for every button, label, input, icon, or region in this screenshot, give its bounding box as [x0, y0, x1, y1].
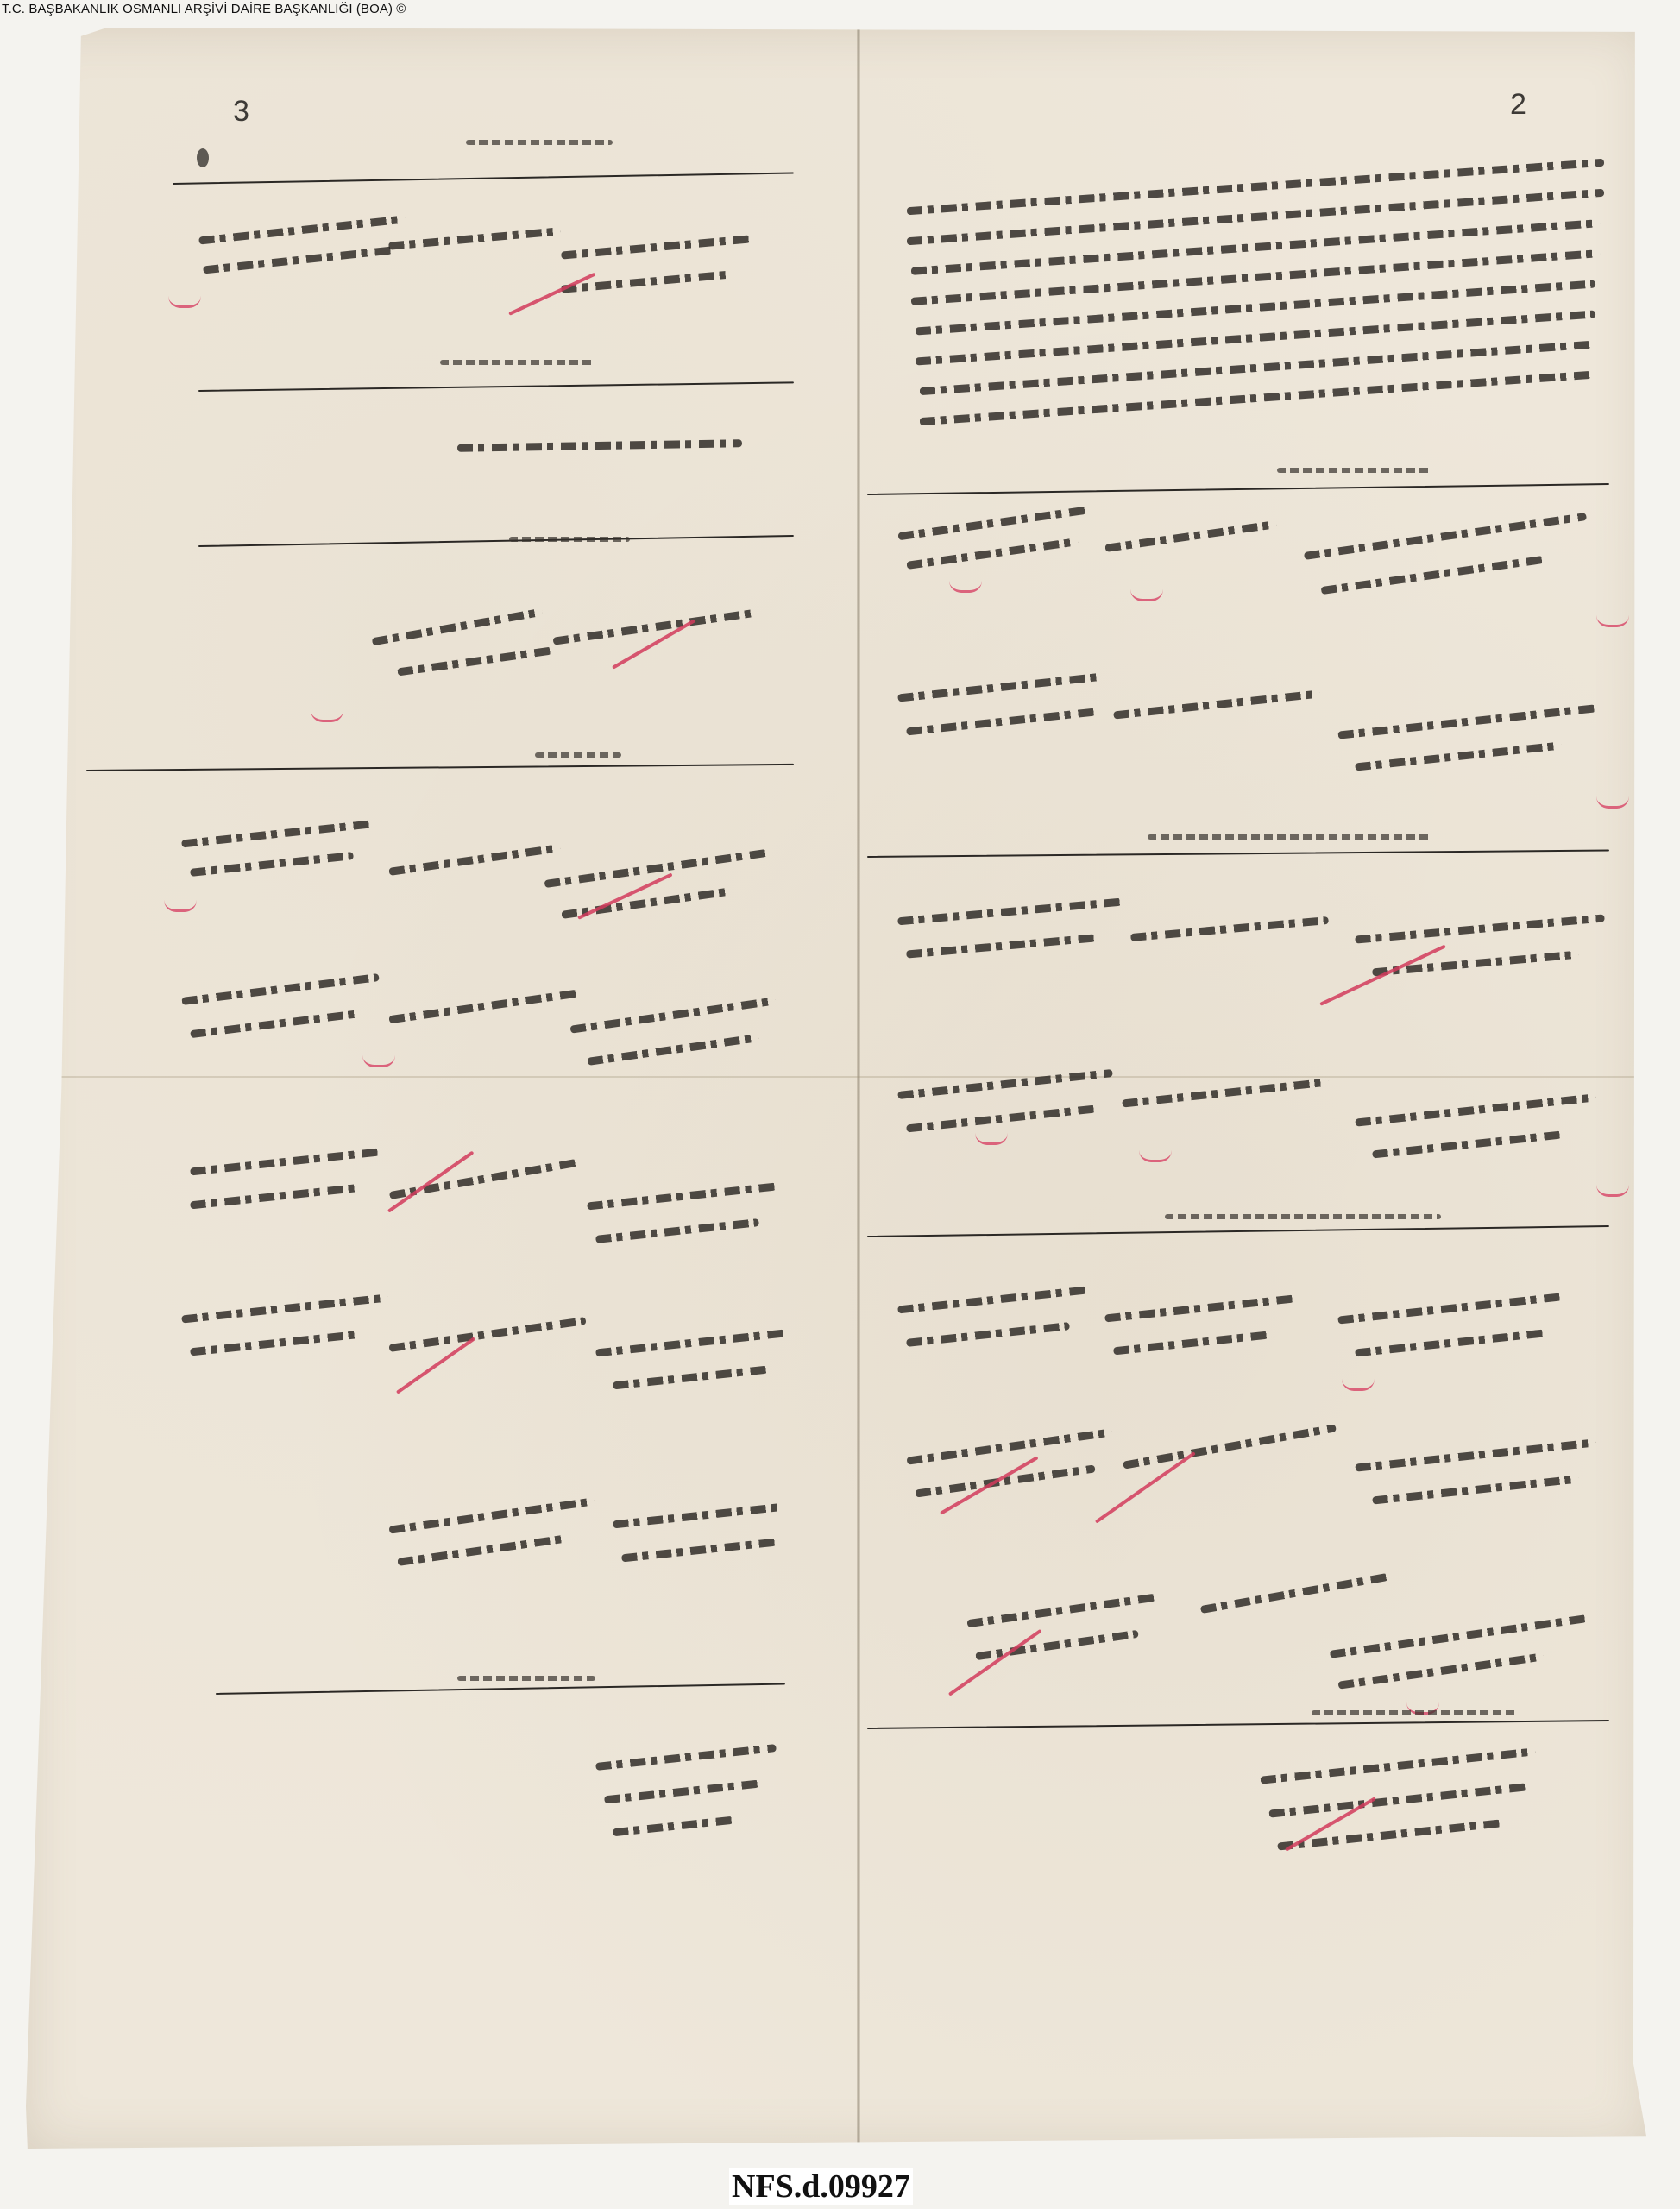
handwritten-entry: [1113, 689, 1320, 719]
handwritten-entry: [897, 1287, 1087, 1314]
handwritten-entry: [1104, 520, 1276, 552]
handwritten-entry: [916, 310, 1596, 365]
handwritten-entry: [1355, 1438, 1595, 1471]
handwritten-entry: [621, 1539, 777, 1563]
handwritten-entry: [181, 1293, 388, 1323]
red-annotation: [1342, 1378, 1375, 1391]
handwritten-entry: [595, 1744, 777, 1771]
handwritten-entry: [561, 270, 733, 293]
section-divider: [867, 483, 1609, 495]
section-heading: [1148, 834, 1432, 840]
handwritten-entry: [907, 159, 1605, 215]
handwritten-entry: [1372, 1131, 1562, 1159]
handwritten-entry: [1130, 916, 1329, 941]
handwritten-entry: [190, 1010, 362, 1038]
red-annotation: [1596, 796, 1629, 809]
red-annotation: [311, 709, 343, 722]
handwritten-entry: [190, 852, 354, 877]
handwritten-entry: [613, 1503, 785, 1529]
handwritten-entry: [1123, 1424, 1337, 1469]
handwritten-entry: [911, 219, 1601, 275]
handwritten-entry: [915, 1464, 1095, 1497]
red-annotation: [1596, 614, 1629, 627]
section-heading: [440, 360, 595, 365]
handwritten-entry: [1122, 1078, 1329, 1107]
handwritten-entry: [1104, 1295, 1294, 1323]
handwritten-entry: [372, 608, 544, 646]
horizontal-fold: [26, 1076, 1646, 1078]
red-strike-mark: [1319, 945, 1446, 1006]
handwritten-entry: [190, 1184, 362, 1210]
handwritten-entry: [613, 1816, 733, 1837]
section-divider: [198, 381, 794, 392]
red-annotation: [168, 295, 201, 308]
red-annotation: [1596, 1184, 1629, 1197]
section-divider: [867, 849, 1609, 858]
folio-number-left: 3: [233, 95, 249, 129]
red-annotation: [949, 580, 982, 593]
handwritten-entry: [966, 1594, 1155, 1628]
handwritten-entry: [388, 990, 577, 1024]
center-fold: [857, 28, 860, 2149]
handwritten-entry: [1338, 1652, 1545, 1689]
red-strike-mark: [508, 273, 595, 316]
red-annotation: [362, 1054, 395, 1067]
red-annotation: [1139, 1149, 1172, 1162]
section-heading: [1312, 1710, 1519, 1715]
handwritten-entry: [1113, 1331, 1268, 1356]
handwritten-entry: [906, 1105, 1096, 1133]
handwritten-entry: [897, 672, 1104, 702]
red-annotation: [975, 1132, 1008, 1145]
handwritten-entry: [397, 1534, 569, 1566]
handwritten-entry: [907, 1428, 1113, 1464]
handwritten-entry: [897, 1069, 1113, 1099]
handwritten-entry: [920, 341, 1592, 395]
handwritten-entry: [916, 280, 1596, 335]
handwritten-entry: [897, 507, 1086, 541]
section-divider: [867, 1225, 1609, 1237]
section-divider: [86, 764, 794, 771]
archive-copyright-header: T.C. BAŞBAKANLIK OSMANLI ARŞİVİ DAİRE BA…: [2, 2, 406, 16]
handwritten-entry: [389, 1159, 577, 1199]
section-heading: [457, 1676, 595, 1681]
red-strike-mark: [948, 1629, 1042, 1696]
red-annotation: [1130, 588, 1163, 601]
handwritten-entry: [906, 708, 1096, 736]
handwritten-entry: [389, 1497, 595, 1533]
handwritten-entry: [397, 647, 552, 677]
handwritten-entry: [570, 997, 777, 1033]
handwritten-entry: [181, 973, 379, 1005]
handwritten-entry: [190, 1331, 362, 1356]
section-divider: [867, 1720, 1609, 1729]
handwritten-entry: [911, 249, 1601, 305]
section-heading: [1165, 1214, 1441, 1219]
handwritten-entry: [1355, 1330, 1545, 1357]
handwritten-entry: [1355, 1093, 1595, 1126]
handwritten-entry: [388, 844, 560, 876]
section-divider: [198, 535, 794, 547]
handwritten-entry: [198, 215, 406, 244]
handwritten-entry: [1200, 1573, 1388, 1614]
handwritten-entry: [1330, 1614, 1587, 1658]
handwritten-entry: [1260, 1747, 1535, 1784]
handwritten-entry: [1355, 914, 1605, 943]
handwritten-entry: [907, 189, 1605, 245]
section-divider: [216, 1683, 785, 1695]
handwritten-entry: [1268, 1783, 1526, 1817]
ink-blot: [197, 148, 209, 167]
handwritten-entry: [587, 1034, 758, 1066]
handwritten-entry: [1337, 1293, 1562, 1324]
handwritten-entry: [1304, 513, 1587, 560]
handwritten-entry: [613, 1366, 768, 1390]
handwritten-entry: [203, 247, 393, 274]
handwritten-entry: [388, 1317, 586, 1352]
handwritten-entry: [561, 235, 751, 259]
handwritten-entry: [181, 821, 371, 848]
handwritten-entry: [906, 538, 1078, 570]
red-annotation: [164, 899, 197, 912]
section-heading: [535, 752, 621, 758]
archive-reference-code: NFS.d.09927: [729, 2168, 913, 2205]
section-heading: [466, 140, 613, 145]
handwritten-entry: [1321, 556, 1545, 595]
handwritten-entry: [595, 1218, 759, 1243]
handwritten-entry: [1337, 704, 1595, 739]
handwritten-entry: [906, 934, 1096, 958]
section-heading: [1277, 468, 1432, 473]
section-heading: [509, 537, 630, 542]
manuscript-sheet: 3 2: [26, 28, 1646, 2149]
handwritten-entry: [190, 1149, 380, 1176]
handwritten-entry: [604, 1780, 759, 1804]
handwritten-entry: [897, 898, 1122, 926]
handwritten-entry: [920, 371, 1592, 425]
handwritten-entry: [1372, 1475, 1579, 1504]
handwritten-entry: [457, 439, 742, 452]
folio-number-right: 2: [1510, 88, 1526, 122]
handwritten-entry: [906, 1322, 1070, 1347]
section-divider: [173, 172, 794, 185]
handwritten-entry: [595, 1330, 785, 1357]
handwritten-entry: [587, 1183, 777, 1211]
handwritten-entry: [1355, 741, 1562, 771]
handwritten-entry: [388, 227, 561, 249]
